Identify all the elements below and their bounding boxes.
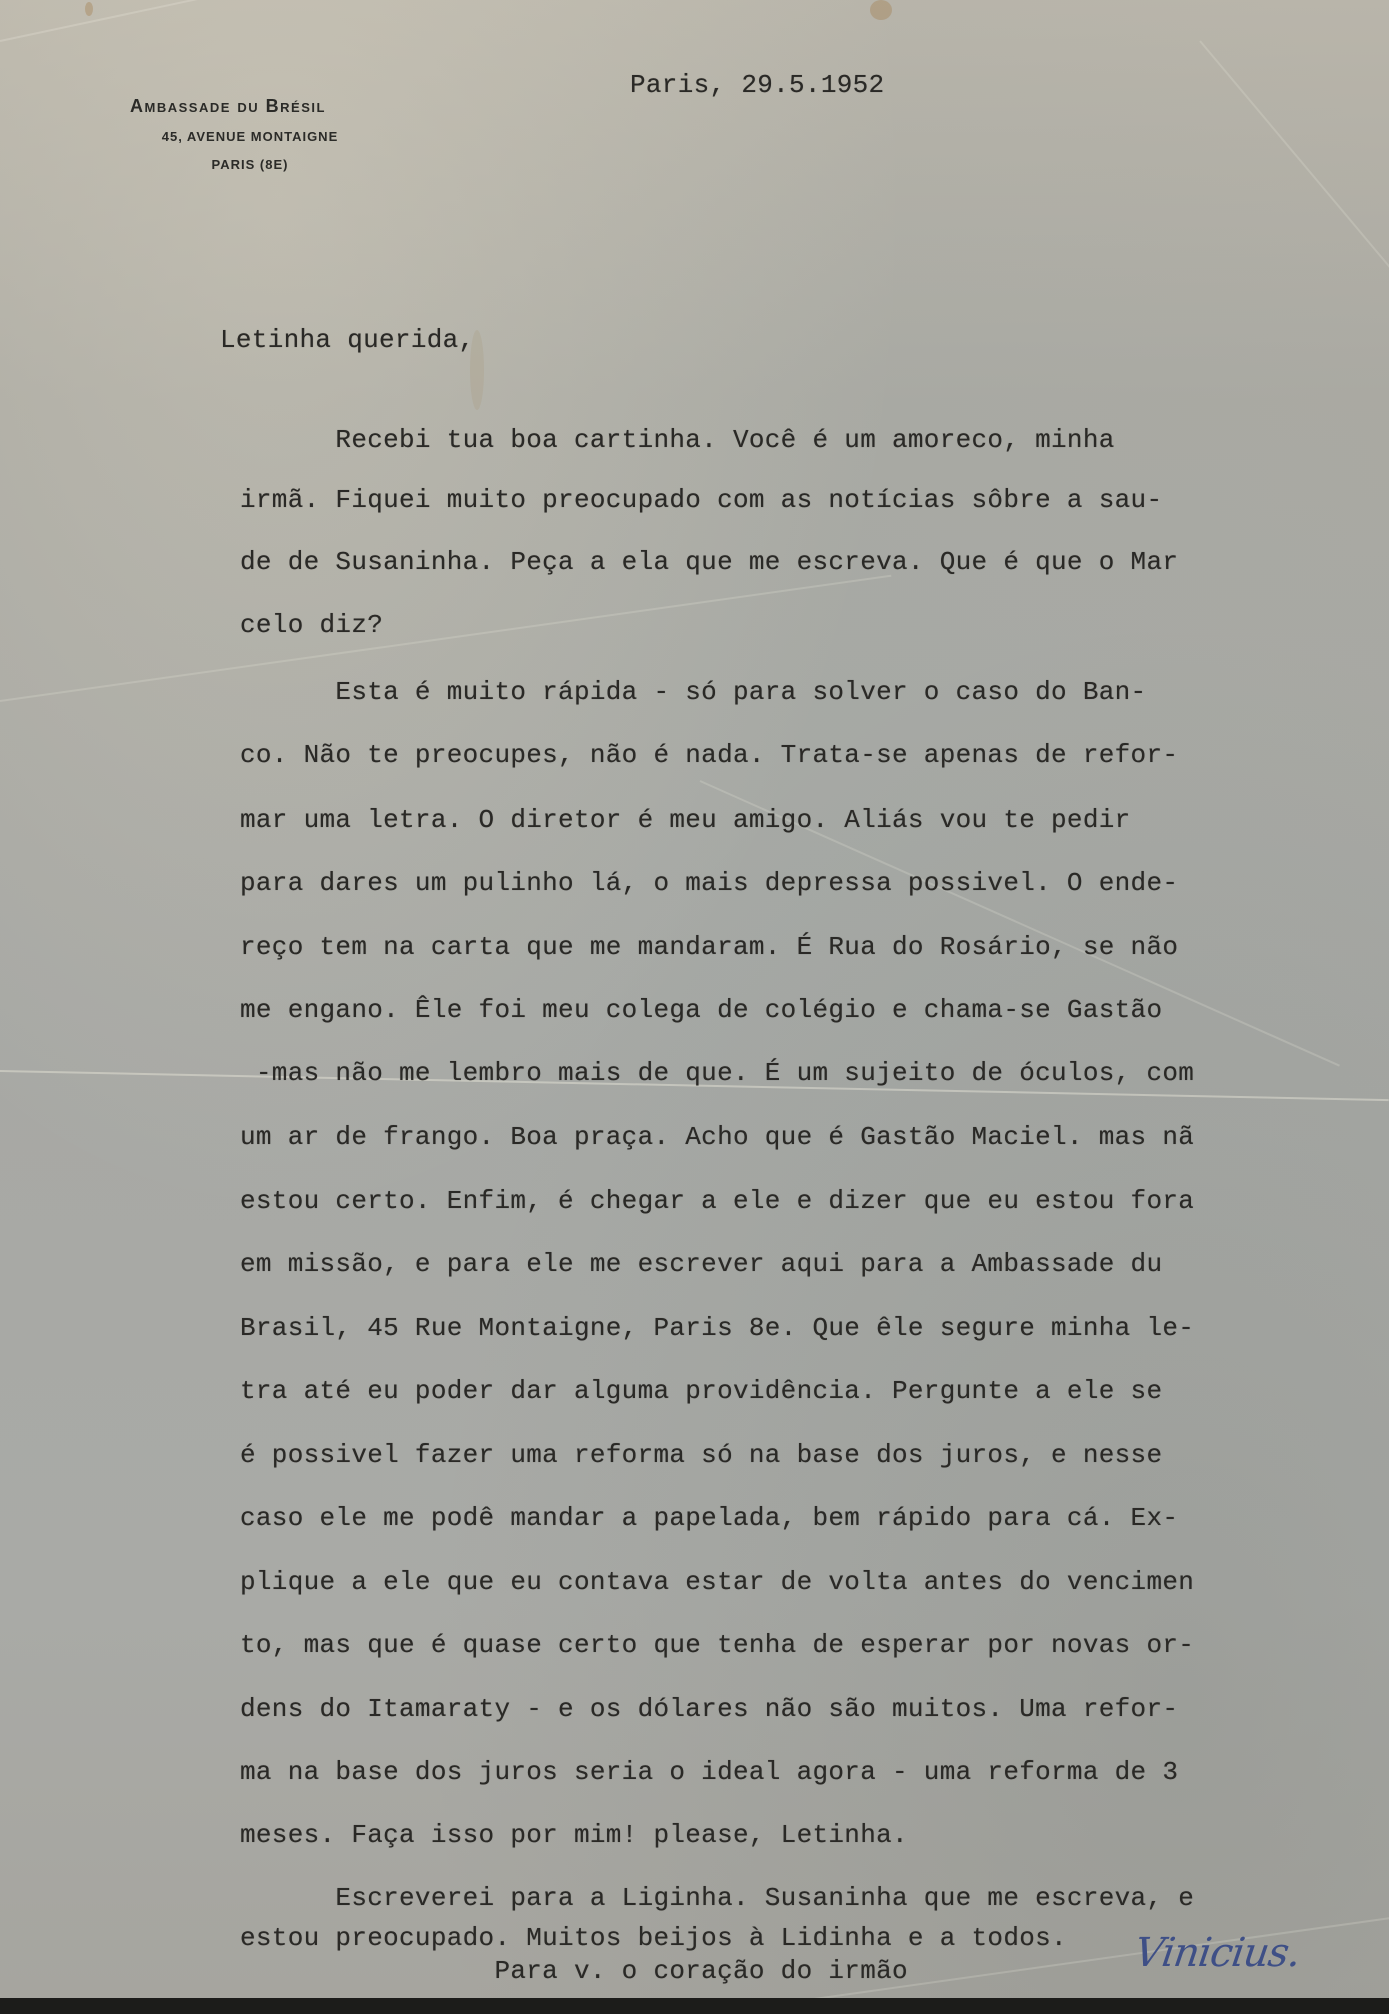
body-line: de de Susaninha. Peça a ela que me escre… xyxy=(240,547,1178,577)
paper-stain xyxy=(85,2,93,16)
body-line: para dares um pulinho lá, o mais depress… xyxy=(240,868,1178,898)
scan-border xyxy=(0,1998,1389,2014)
letterhead: Ambassade du Brésil 45, AVENUE MONTAIGNE… xyxy=(60,96,400,172)
body-line: Recebi tua boa cartinha. Você é um amore… xyxy=(240,425,1115,455)
body-line: mar uma letra. O diretor é meu amigo. Al… xyxy=(240,805,1131,835)
body-line: um ar de frango. Boa praça. Acho que é G… xyxy=(240,1122,1194,1152)
archive-watermark xyxy=(6,330,46,1980)
body-line: reço tem na carta que me mandaram. É Rua… xyxy=(240,932,1178,962)
body-line: caso ele me podê mandar a papelada, bem … xyxy=(240,1503,1178,1533)
body-line: plique a ele que eu contava estar de vol… xyxy=(240,1567,1194,1597)
body-line: -mas não me lembro mais de que. É um suj… xyxy=(240,1058,1194,1088)
body-line: tra até eu poder dar alguma providência.… xyxy=(240,1376,1162,1406)
closing-line: Para v. o coração do irmão xyxy=(240,1956,908,1986)
body-line: dens do Itamaraty - e os dólares não são… xyxy=(240,1694,1178,1724)
body-line: to, mas que é quase certo que tenha de e… xyxy=(240,1630,1194,1660)
paper-crease xyxy=(1199,40,1389,348)
closing-line: estou preocupado. Muitos beijos à Lidinh… xyxy=(240,1923,1067,1953)
letterhead-organization: Ambassade du Brésil xyxy=(130,96,450,117)
paper-stain xyxy=(870,0,892,20)
body-line: é possivel fazer uma reforma só na base … xyxy=(240,1440,1162,1470)
body-line: em missão, e para ele me escrever aqui p… xyxy=(240,1249,1162,1279)
body-line: ma na base dos juros seria o ideal agora… xyxy=(240,1757,1178,1787)
paper-crease xyxy=(0,0,391,42)
body-line: meses. Faça isso por mim! please, Letinh… xyxy=(240,1820,908,1850)
body-line: Brasil, 45 Rue Montaigne, Paris 8e. Que … xyxy=(240,1313,1194,1343)
body-line: Esta é muito rápida - só para solver o c… xyxy=(240,677,1146,707)
body-line: celo diz? xyxy=(240,610,383,640)
body-line: estou certo. Enfim, é chegar a ele e diz… xyxy=(240,1186,1194,1216)
letterhead-city: PARIS (8E) xyxy=(100,157,400,172)
closing-line: Escreverei para a Liginha. Susaninha que… xyxy=(240,1883,1194,1913)
salutation: Letinha querida, xyxy=(220,325,474,355)
body-line: co. Não te preocupes, não é nada. Trata-… xyxy=(240,740,1178,770)
handwritten-signature: Vinicius. xyxy=(1132,1930,1303,1976)
letter-date: Paris, 29.5.1952 xyxy=(630,70,884,100)
letterhead-address: 45, AVENUE MONTAIGNE xyxy=(100,129,400,144)
body-line: me engano. Êle foi meu colega de colégio… xyxy=(240,995,1162,1025)
body-line: irmã. Fiquei muito preocupado com as not… xyxy=(240,485,1162,515)
